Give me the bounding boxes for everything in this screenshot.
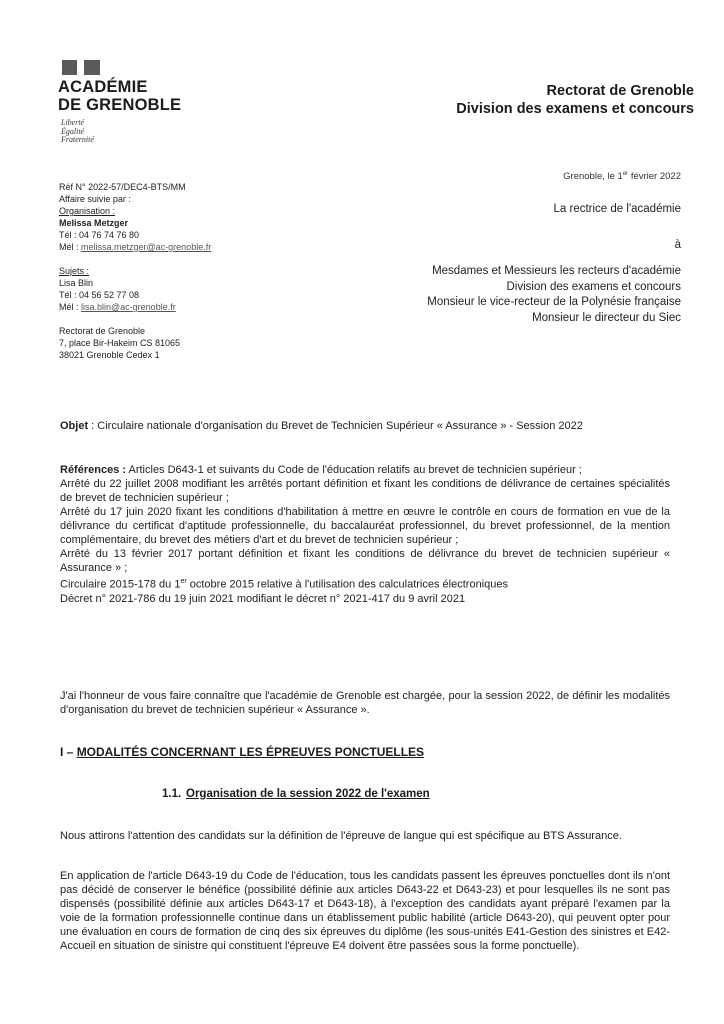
motto-fraternite: Fraternité	[61, 136, 94, 145]
subject-line: Objet : Circulaire nationale d'organisat…	[60, 419, 670, 433]
issuer-division: Division des examens et concours	[456, 100, 694, 118]
body-paragraph: En application de l'article D643-19 du C…	[60, 869, 670, 953]
issuer-heading: Rectorat de Grenoble Division des examen…	[456, 82, 694, 118]
affaire-label: Affaire suivie par :	[59, 193, 211, 205]
academy-logo-text: ACADÉMIE DE GRENOBLE	[58, 78, 181, 114]
references-block: Références : Articles D643-1 et suivants…	[60, 463, 670, 606]
organisation-contact-name: Melissa Metzger	[59, 217, 211, 229]
sujets-phone: Tél : 04 56 52 77 08	[59, 289, 211, 301]
republic-motto: Liberté Égalité Fraternité	[61, 119, 94, 145]
recipient: Mesdames et Messieurs les recteurs d'aca…	[427, 264, 681, 280]
sujets-contact-name: Lisa Blin	[59, 277, 211, 289]
subject-text: : Circulaire nationale d'organisation du…	[88, 420, 583, 432]
address-line-1: Rectorat de Grenoble	[59, 325, 211, 337]
organisation-phone: Tél : 04 76 74 76 80	[59, 229, 211, 241]
logo-line-1: ACADÉMIE	[58, 78, 181, 96]
organisation-mail-label: Mél :	[59, 242, 81, 252]
logo-line-2: DE GRENOBLE	[58, 96, 181, 114]
marianne-logo-icon	[62, 60, 100, 75]
recipients-list: Mesdames et Messieurs les recteurs d'aca…	[427, 264, 681, 326]
reference-item: Arrêté du 13 février 2017 portant défini…	[60, 547, 670, 575]
address-line-2: 7, place Bir-Hakeim CS 81065	[59, 337, 211, 349]
address-line-3: 38021 Grenoble Cedex 1	[59, 349, 211, 361]
organisation-label: Organisation :	[59, 205, 211, 217]
reference-number: Réf N° 2022-57/DEC4-BTS/MM	[59, 181, 211, 193]
sujets-email-link[interactable]: lisa.blin@ac-grenoble.fr	[81, 302, 176, 312]
reference-item: Arrêté du 22 juillet 2008 modifiant les …	[60, 477, 670, 505]
recipient: Division des examens et concours	[427, 280, 681, 296]
sujets-mail-label: Mél :	[59, 302, 81, 312]
reference-item: Références : Articles D643-1 et suivants…	[60, 463, 670, 477]
sujets-label: Sujets :	[59, 265, 211, 277]
organisation-email-link[interactable]: melissa.metzger@ac-grenoble.fr	[81, 242, 211, 252]
sender-title: La rectrice de l'académie	[554, 203, 681, 215]
reference-item: Décret n° 2021-786 du 19 juin 2021 modif…	[60, 592, 670, 606]
to-word: à	[675, 239, 681, 251]
reference-item: Arrêté du 17 juin 2020 fixant les condit…	[60, 505, 670, 547]
reference-item: Circulaire 2015-178 du 1er octobre 2015 …	[60, 575, 670, 592]
recipient: Monsieur le vice-recteur de la Polynésie…	[427, 295, 681, 311]
body-paragraph: Nous attirons l'attention des candidats …	[60, 829, 670, 843]
sender-block: Réf N° 2022-57/DEC4-BTS/MM Affaire suivi…	[59, 181, 211, 361]
section-heading: I – MODALITÉS CONCERNANT LES ÉPREUVES PO…	[60, 745, 424, 759]
letter-date: Grenoble, le 1er février 2022	[563, 171, 681, 182]
subject-label: Objet	[60, 420, 88, 432]
recipient: Monsieur le directeur du Siec	[427, 311, 681, 327]
intro-paragraph: J'ai l'honneur de vous faire connaître q…	[60, 689, 670, 717]
subsection-heading: 1.1.Organisation de la session 2022 de l…	[162, 788, 430, 800]
issuer-title: Rectorat de Grenoble	[456, 82, 694, 100]
